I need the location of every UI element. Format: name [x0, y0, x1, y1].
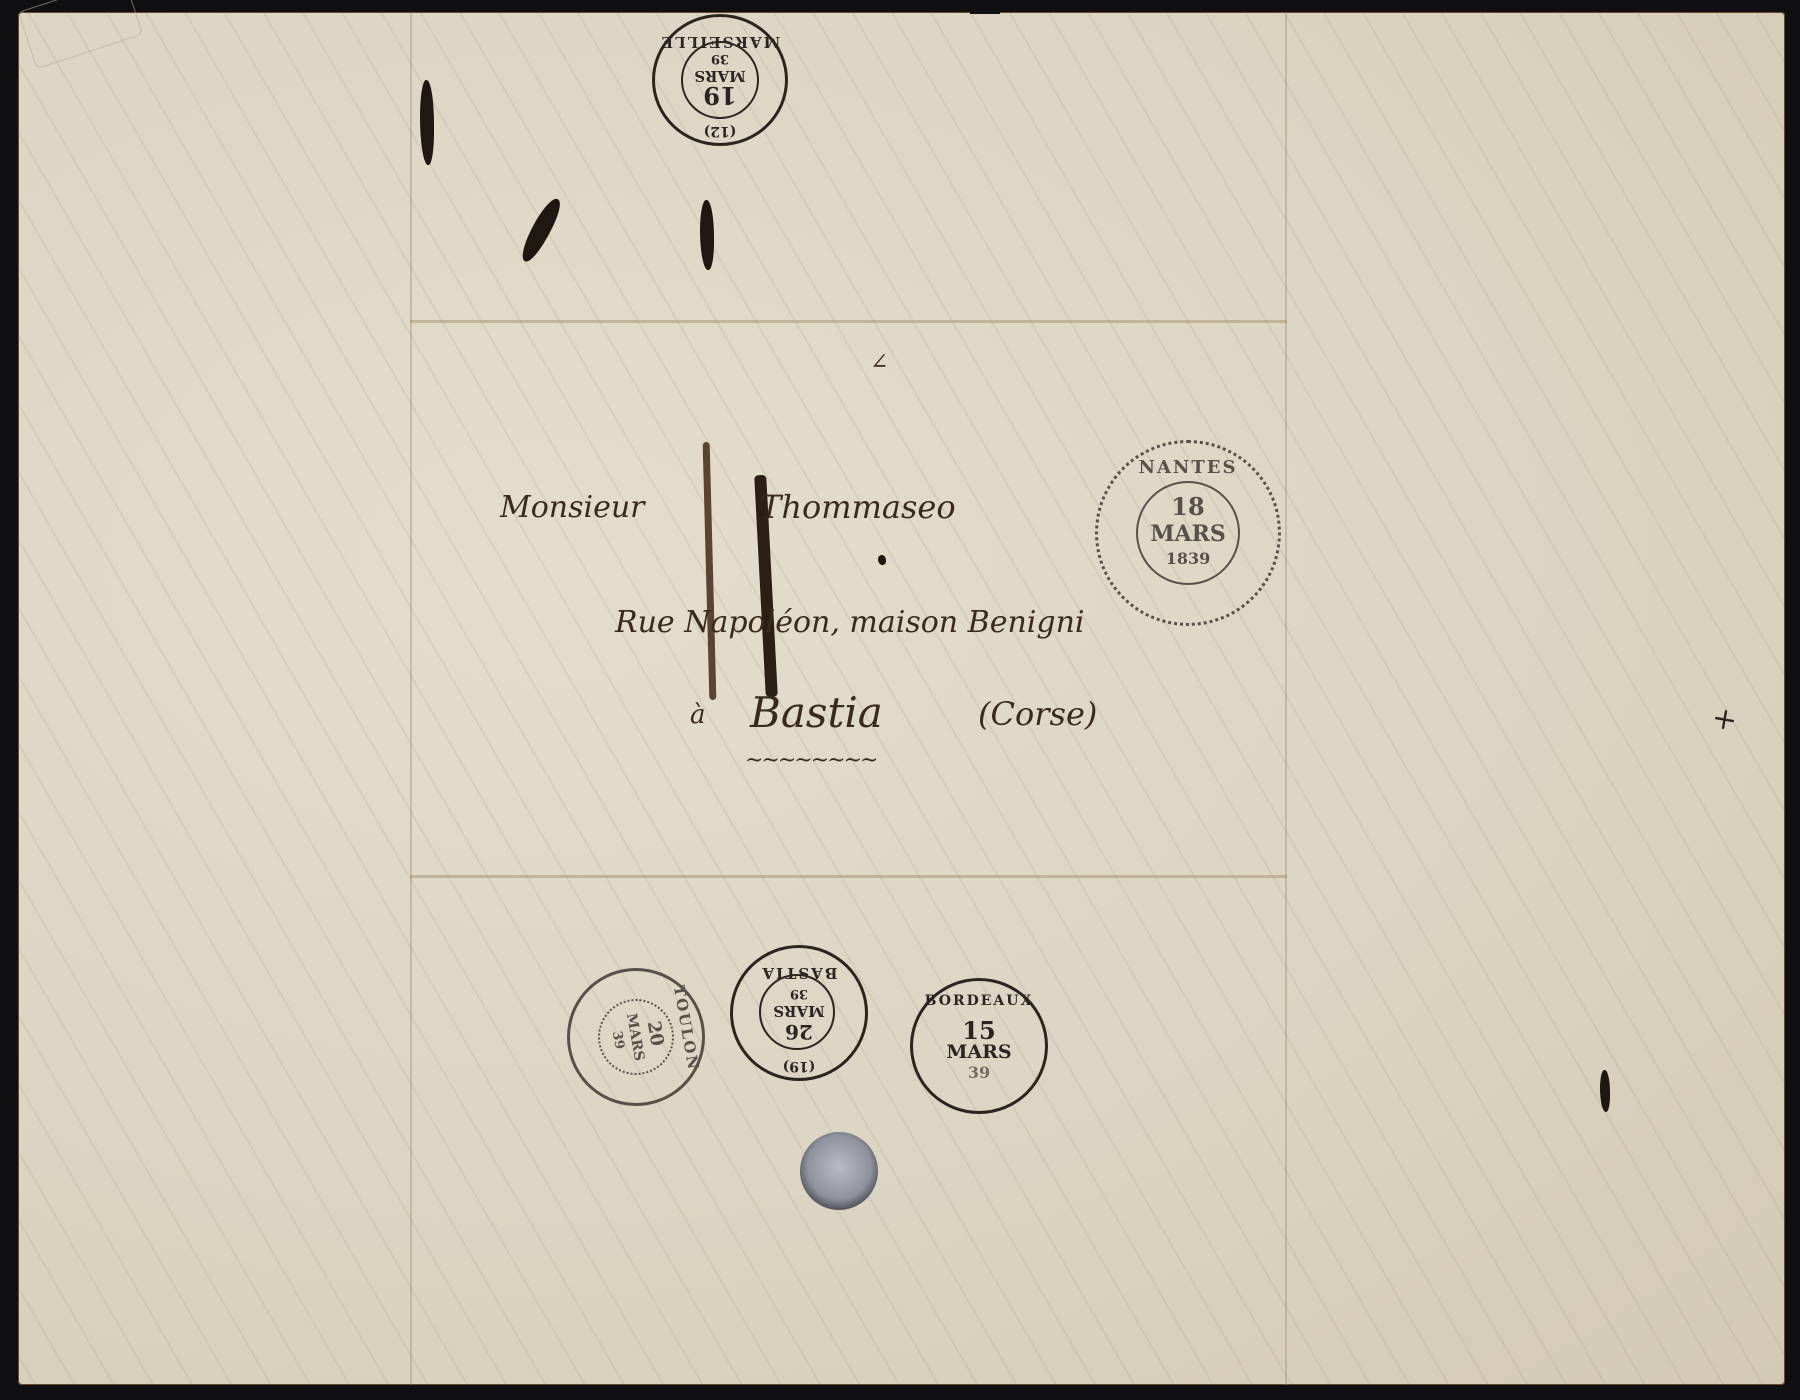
address-city: Bastia	[750, 688, 883, 737]
torn-notch	[970, 0, 1000, 14]
postmark-bordeaux: BORDEAUX 15 MARS 39	[910, 978, 1048, 1114]
fold-line-bottom	[410, 875, 1287, 878]
pencil-mark: ∠	[870, 350, 888, 375]
address-name: Thommaseo	[760, 488, 956, 526]
ink-blot	[420, 80, 434, 165]
postmark-marseille: MARSEILLE 19 MARS 39 (12)	[652, 14, 788, 146]
address-prefix: à	[690, 700, 706, 730]
fold-line-top	[410, 320, 1287, 323]
fold-line-left	[410, 12, 412, 1385]
address-region: (Corse)	[978, 695, 1097, 733]
fold-line-right	[1285, 12, 1287, 1385]
ink-blot	[1600, 1070, 1610, 1112]
postmark-bastia: BASTIA 26 MARS 39 (19)	[730, 945, 868, 1081]
address-line1: Rue Napoléon, maison Benigni	[615, 605, 1084, 640]
postmark-nantes: NANTES 18 MARS 1839	[1095, 440, 1281, 626]
address-flourish: ~~~~~~~~	[745, 748, 876, 773]
address-salutation: Monsieur	[500, 490, 645, 525]
ink-blot	[700, 200, 714, 270]
wax-seal	[800, 1132, 878, 1210]
ink-dot	[878, 555, 886, 565]
letter-sheet	[18, 12, 1785, 1385]
